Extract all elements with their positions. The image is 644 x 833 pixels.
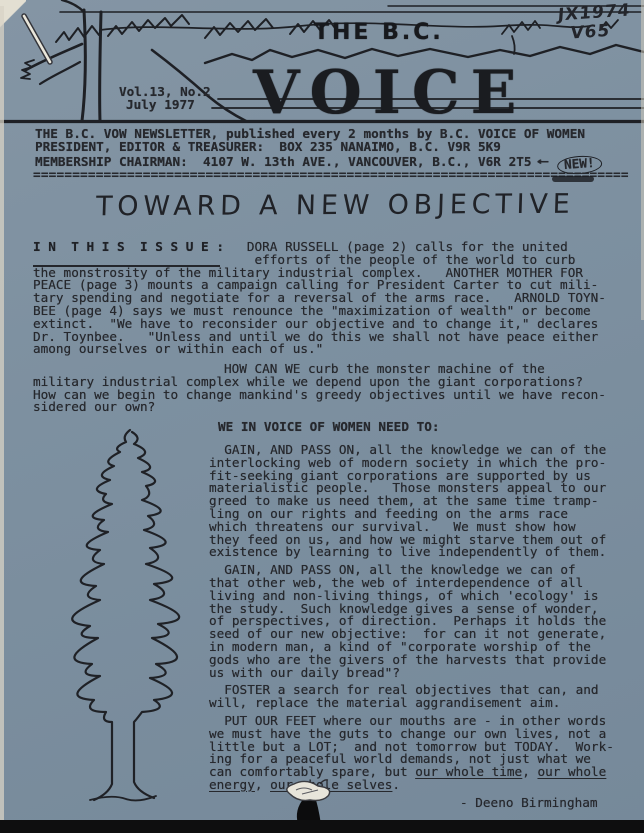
scan-edge-left [0,6,4,820]
article-byline: - Deeno Birmingham [460,797,598,810]
underlined-phrase: our whole [537,764,606,779]
masthead-kicker: THE B.C. [314,20,444,45]
foster-paragraph: FOSTER a search for real objectives that… [209,684,629,710]
article-column: GAIN, AND PASS ON, all the knowledge we … [209,444,629,792]
in-this-issue-label: I N T H I S I S S U E : [33,239,224,254]
gain-paragraph-1: GAIN, AND PASS ON, all the knowledge we … [209,444,629,559]
article-headline: TOWARD A NEW OBJECTIVE [95,189,574,223]
tree-illustration [30,424,200,809]
newsletter-title: VOICE [253,58,527,128]
underlined-phrase: our whole time [415,764,522,779]
issue-date: July 1977 [126,99,195,112]
need-to-heading: WE IN VOICE OF WOMEN NEED TO: [218,421,440,434]
newsletter-page: JX1974 V65 THE B.C. VOICE Vol.13, No.2 J… [0,0,644,833]
issue-intro-text: DORA RUSSELL (page 2) calls for the unit… [33,239,606,356]
gain-paragraph-2: GAIN, AND PASS ON, all the knowledge we … [209,564,629,679]
library-call-number: JX1974 V65 [556,1,631,44]
ink-smudge [552,176,594,182]
masthead-block: THE B.C. VOW NEWSLETTER, published every… [35,128,601,171]
how-can-we-paragraph: HOW CAN WE curb the monster machine of t… [33,363,606,414]
in-this-issue-paragraph: I N T H I S I S S U E : DORA RUSSELL (pa… [33,241,606,356]
put-our-feet-paragraph: PUT OUR FEET where our mouths are - in o… [209,715,629,792]
scan-bottom-bar [0,820,644,833]
masthead-divider: ========================================… [33,169,629,182]
arrow-left-icon: ← [537,155,549,168]
masthead-line2: PRESIDENT, EDITOR & TREASURER: BOX 235 N… [35,139,501,154]
underlined-phrase: energy [209,777,255,792]
